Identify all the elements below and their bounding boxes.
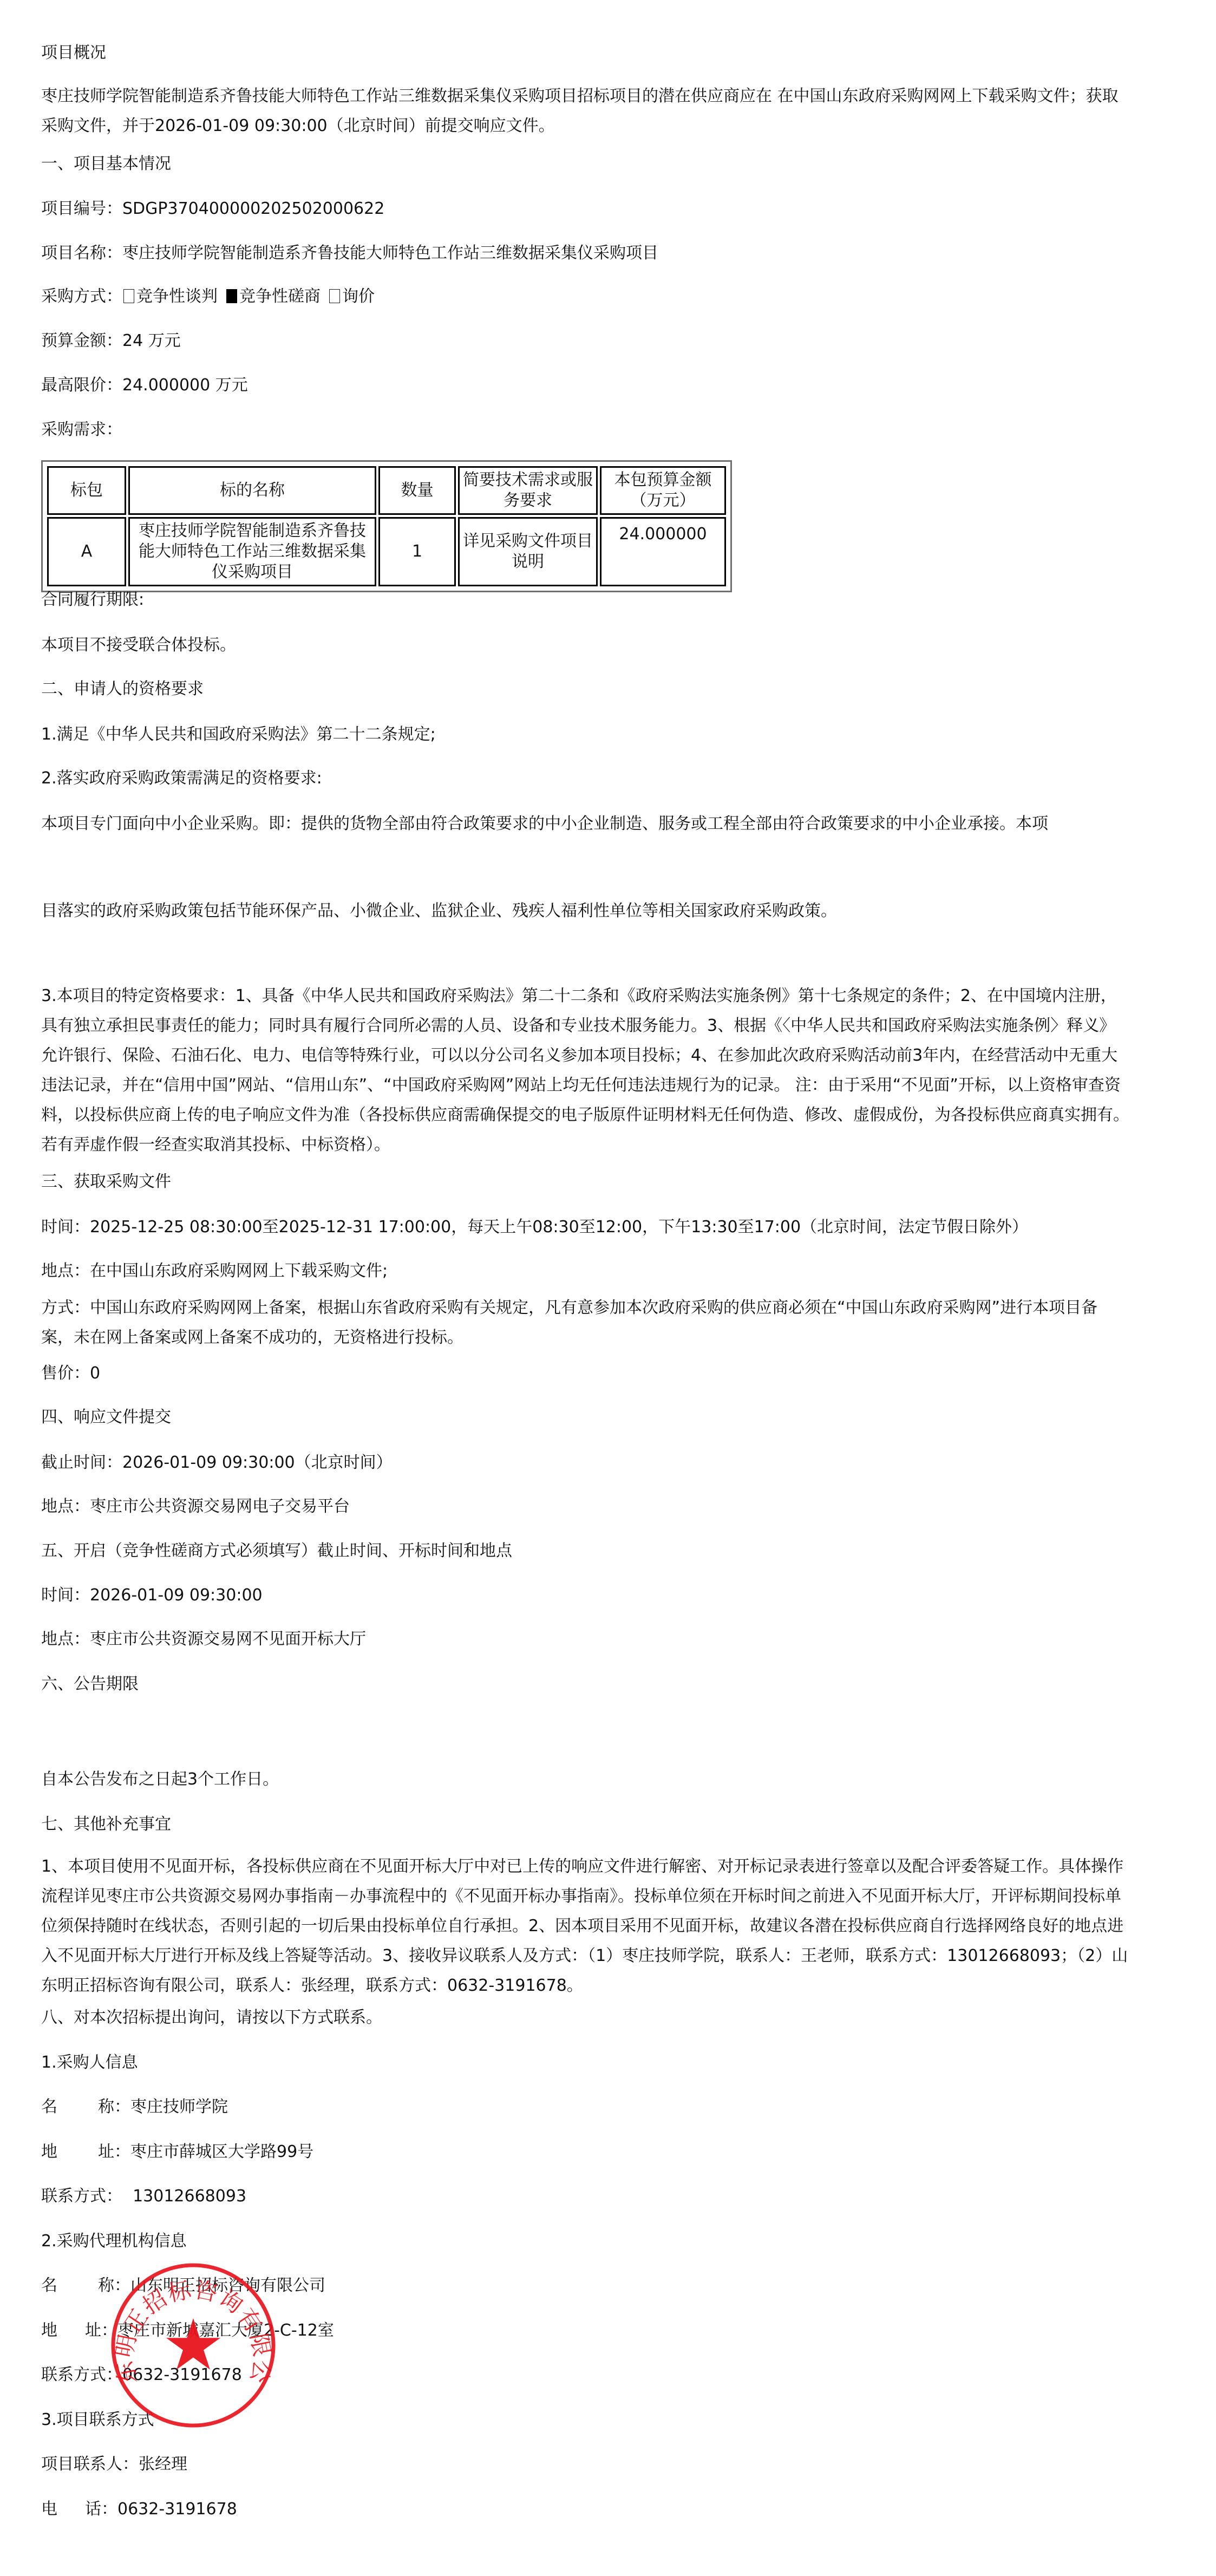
supplementary-text: 1、本项目使用不见面开标，各投标供应商在不见面开标大厅中对已上传的响应文件进行解… [41,1852,1129,2000]
project-name: 项目名称：枣庄技师学院智能制造系齐鲁技能大师特色工作站三维数据采集仪采购项目 [41,243,658,264]
purchaser-address: 地址：枣庄市薛城区大学路99号 [41,2141,313,2163]
column-header: 标的名称 [128,466,376,515]
agency-heading: 2.采购代理机构信息 [41,2231,187,2252]
contract-period: 合同履行期限: [41,589,144,611]
project-contact-person: 项目联系人：张经理 [41,2454,187,2475]
method-option-consultation: 竞争性磋商 [225,287,321,306]
acquire-method: 方式：中国山东政府采购网网上备案，根据山东省政府采购有关规定，凡有意参加本次政府… [41,1293,1129,1352]
project-number: 项目编号：SDGP370400000202502000622 [41,198,384,220]
agency-contact: 联系方式：0632-3191678 [41,2364,242,2386]
agency-name: 名称：山东明正招标咨询有限公司 [41,2275,325,2297]
cell-budget: 24.000000 [600,517,726,586]
checked-box-icon [226,289,237,303]
policy-text-b: 目落实的政府采购政策包括节能环保产品、小微企业、监狱企业、残疾人福利性单位等相关… [41,900,837,922]
method-option-inquiry: 询价 [328,287,375,306]
table-row: A 枣庄技师学院智能制造系齐鲁技能大师特色工作站三维数据采集仪采购项目 1 详见… [47,517,726,586]
budget-amount: 预算金额：24 万元 [41,330,181,352]
submission-place: 地点：枣庄市公共资源交易网电子交易平台 [41,1496,350,1518]
section-2-title: 二、申请人的资格要求 [41,678,204,700]
procurement-method: 采购方式：竞争性谈判竞争性磋商询价 [41,286,382,308]
column-header: 数量 [378,466,456,515]
section-4-title: 四、响应文件提交 [41,1407,171,1428]
acquire-time: 时间：2025-12-25 08:30:00至2025-12-31 17:00:… [41,1217,1028,1238]
unchecked-box-icon [329,289,340,303]
table-header-row: 标包 标的名称 数量 简要技术需求或服务要求 本包预算金额（万元） [47,466,726,515]
opening-time: 时间：2026-01-09 09:30:00 [41,1585,263,1606]
section-7-title: 七、其他补充事宜 [41,1814,171,1835]
no-consortium: 本项目不接受联合体投标。 [41,635,236,656]
method-option-negotiation: 竞争性谈判 [122,287,218,306]
project-contact-phone: 电话：0632-3191678 [41,2499,237,2520]
section-1-title: 一、项目基本情况 [41,153,171,175]
opening-place: 地点：枣庄市公共资源交易网不见面开标大厅 [41,1629,366,1650]
requirement-1: 1.满足《中华人民共和国政府采购法》第二十二条规定; [41,724,436,746]
policy-text-a: 本项目专门面向中小企业采购。即：提供的货物全部由符合政策要求的中小企业制造、服务… [41,813,1048,835]
overview-title: 项目概况 [41,42,106,64]
column-header: 本包预算金额（万元） [600,466,726,515]
requirements-table: 标包 标的名称 数量 简要技术需求或服务要求 本包预算金额（万元） A 枣庄技师… [41,460,732,592]
column-header: 标包 [47,466,126,515]
section-5-title: 五、开启（竞争性磋商方式必须填写）截止时间、开标时间和地点 [41,1540,512,1562]
cell-quantity: 1 [378,517,456,586]
unchecked-box-icon [123,289,134,303]
cell-item-name: 枣庄技师学院智能制造系齐鲁技能大师特色工作站三维数据采集仪采购项目 [128,517,376,586]
section-6-title: 六、公告期限 [41,1673,139,1695]
procurement-method-label: 采购方式： [41,287,122,306]
purchaser-name: 名称：枣庄技师学院 [41,2096,228,2118]
section-8-title: 八、对本次招标提出询问，请按以下方式联系。 [41,2007,382,2029]
submission-deadline: 截止时间：2026-01-09 09:30:00（北京时间） [41,1452,393,1474]
requirement-3: 3.本项目的特定资格要求：1、具备《中华人民共和国政府采购法》第二十二条和《政府… [41,981,1129,1160]
overview-text: 枣庄技师学院智能制造系齐鲁技能大师特色工作站三维数据采集仪采购项目招标项目的潜在… [41,81,1129,141]
column-header: 简要技术需求或服务要求 [458,466,598,515]
project-contact-heading: 3.项目联系方式 [41,2409,154,2431]
acquire-place: 地点：在中国山东政府采购网网上下载采购文件; [41,1260,388,1282]
purchaser-contact: 联系方式： 13012668093 [41,2186,246,2207]
demand-label: 采购需求： [41,419,122,441]
section-3-title: 三、获取采购文件 [41,1171,171,1193]
announcement-period: 自本公告发布之日起3个工作日。 [41,1769,279,1790]
max-price: 最高限价：24.000000 万元 [41,375,248,396]
agency-address: 地址：枣庄市新城嘉汇大厦2-C-12室 [41,2320,334,2342]
cell-lot: A [47,517,126,586]
document-price: 售价：0 [41,1363,100,1384]
purchaser-heading: 1.采购人信息 [41,2052,138,2074]
requirement-2: 2.落实政府采购政策需满足的资格要求: [41,768,322,789]
cell-requirements: 详见采购文件项目说明 [458,517,598,586]
